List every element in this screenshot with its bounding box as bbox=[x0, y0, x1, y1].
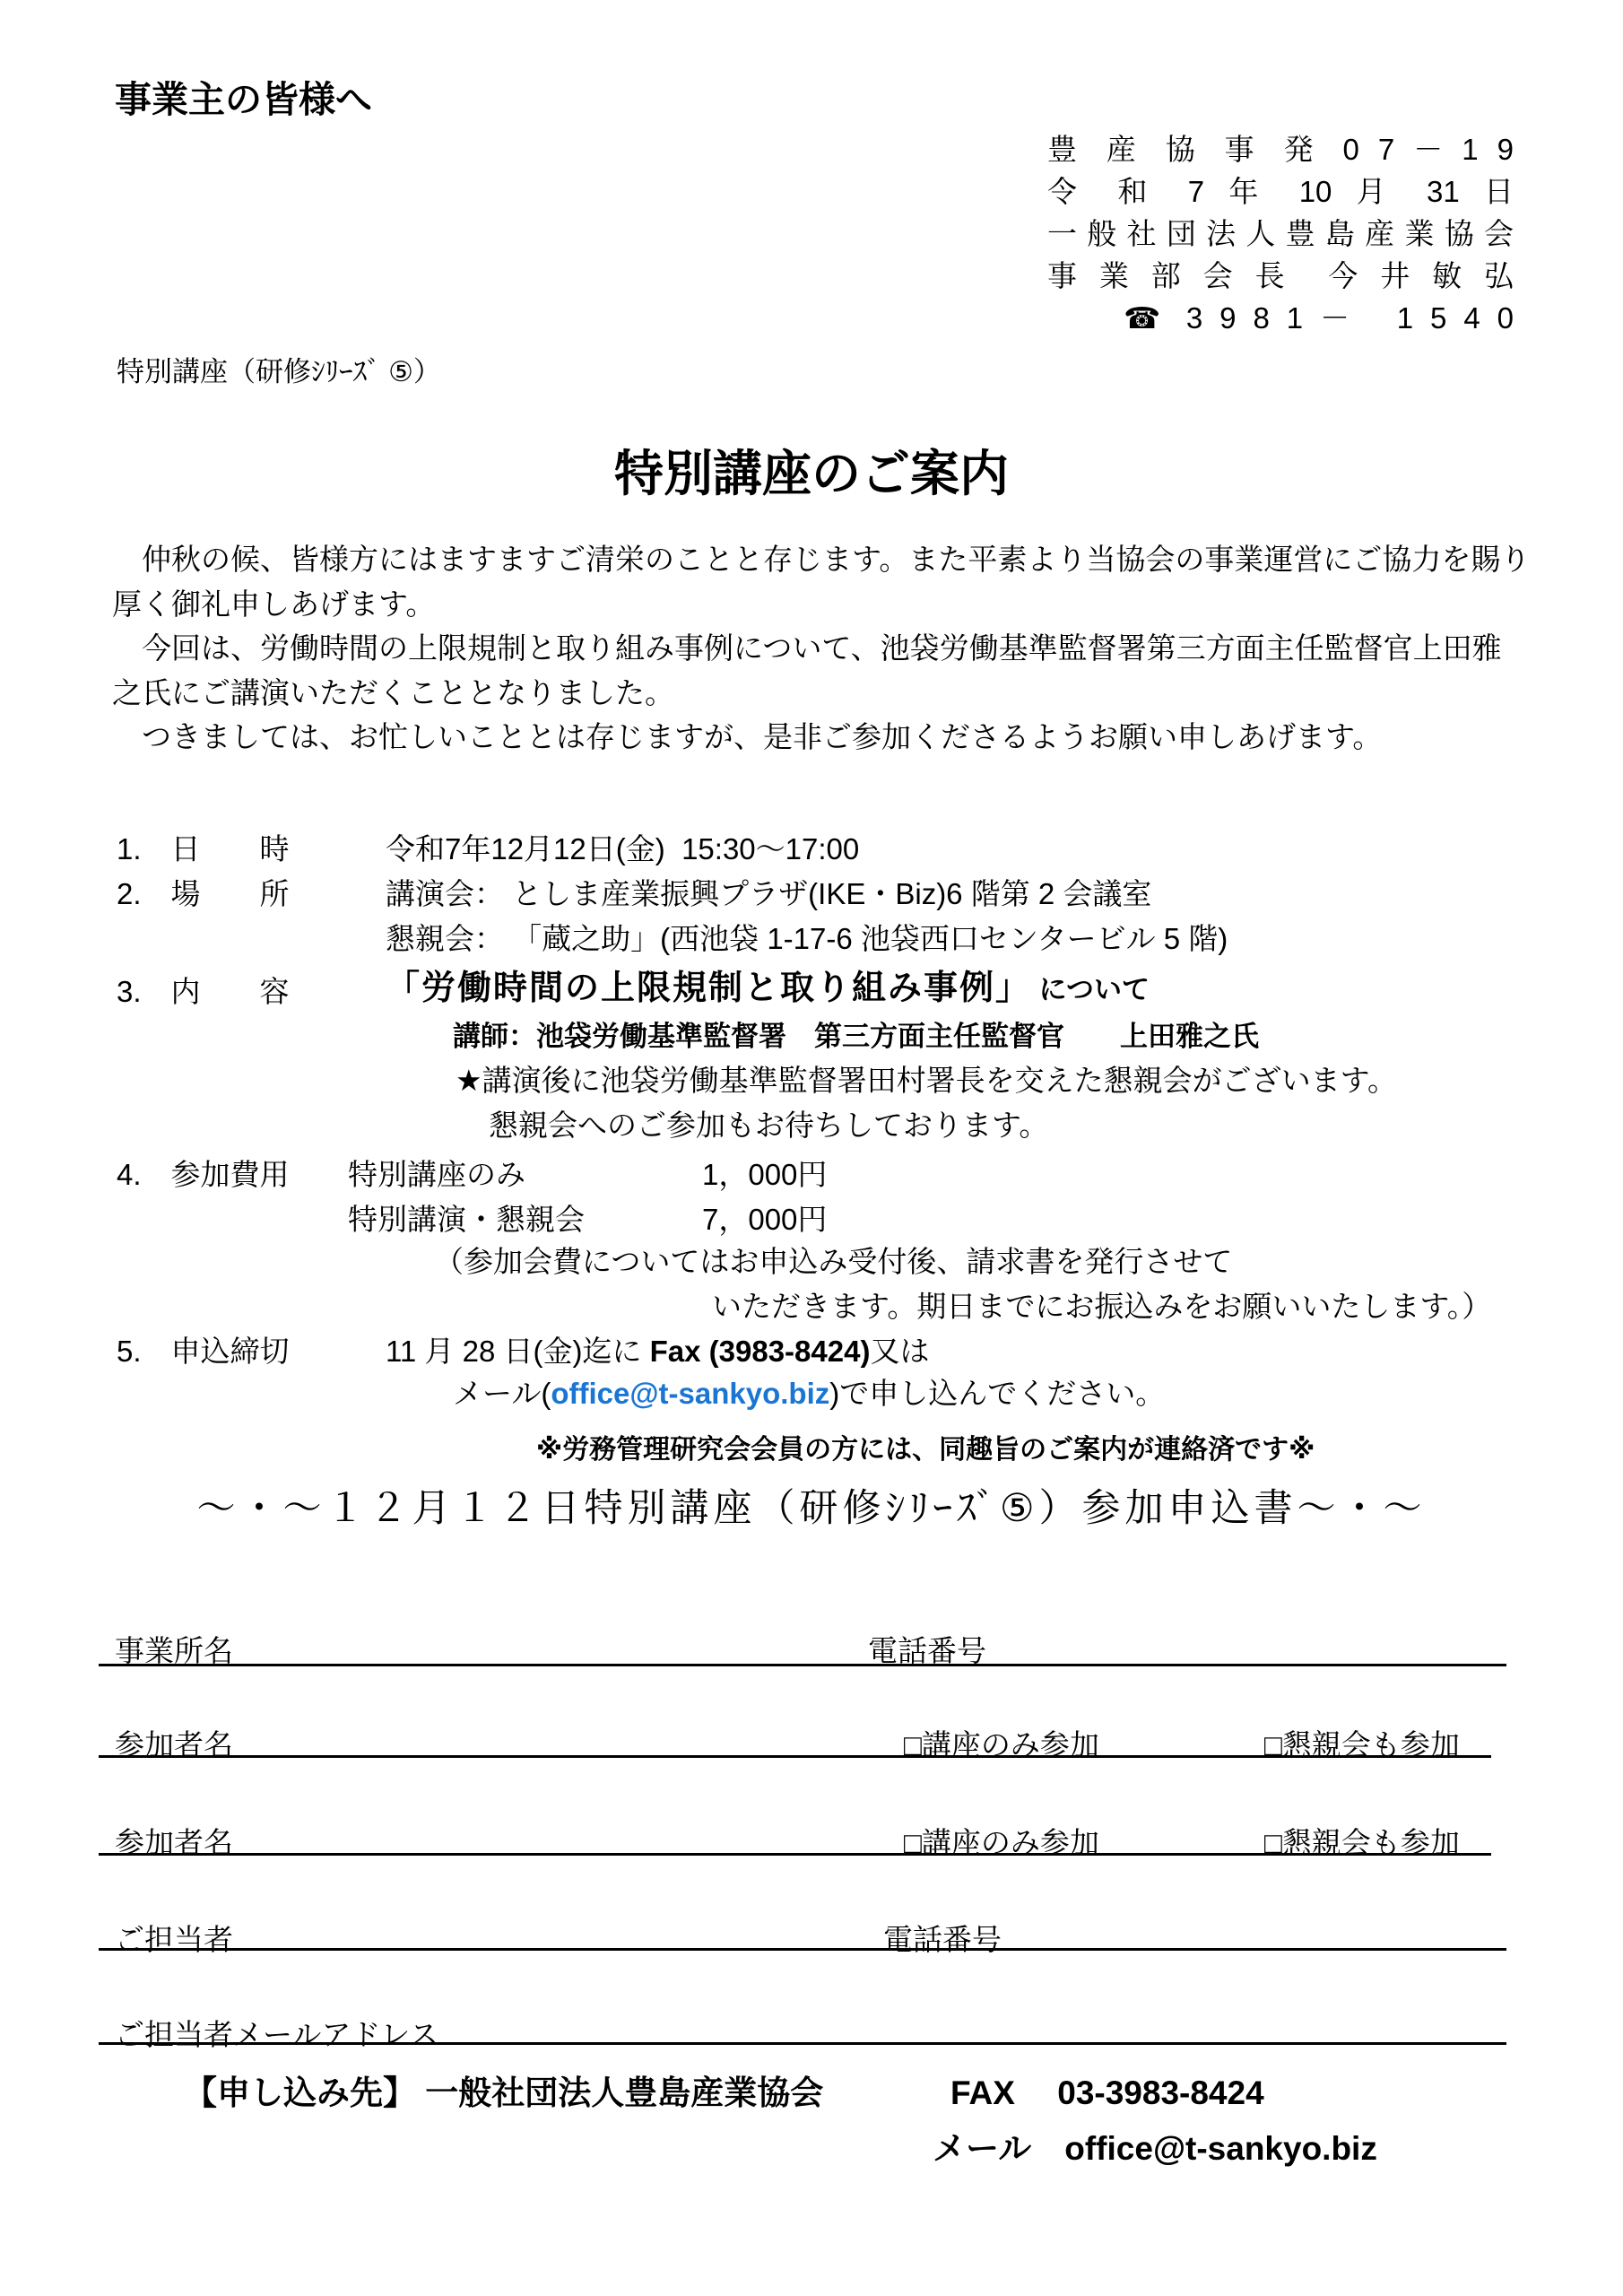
sender-name-line: 事 業 部 会 長 今 井 敏 弘 bbox=[1047, 255, 1514, 297]
body-line: 之氏にご講演いただくこととなりました。 bbox=[112, 674, 674, 711]
org-name-line: 一般社団法人豊島産業協会 bbox=[1047, 213, 1514, 255]
recipient-line: 事業主の皆様へ bbox=[115, 77, 372, 123]
email-link[interactable]: office@t-sankyo.biz bbox=[551, 1377, 829, 1410]
letter-page: 事業主の皆様へ 豊 産 協 事 発 0 7 － 1 9 令 和 7 年 10 月… bbox=[0, 0, 1623, 2296]
body-line: 厚く御礼申しあげます。 bbox=[112, 586, 435, 622]
deadline-fax-number: Fax (3983-8424) bbox=[650, 1335, 871, 1368]
doc-date-line: 令 和 7 年 10 月 31 日 bbox=[1047, 170, 1514, 213]
fee1-label: 特別講座のみ bbox=[348, 1156, 525, 1193]
item2-lecture-venue: 講演会： としま産業振興プラザ(IKE・Biz)6 階第 2 会議室 bbox=[386, 875, 1151, 912]
item3-topic-suffix: について bbox=[1031, 974, 1150, 1005]
fill-line-contact[interactable] bbox=[99, 1948, 1506, 1951]
phone-number-line: ☎ 3 9 8 1 － 1 5 4 0 bbox=[1047, 297, 1514, 339]
item3-lecturer-line: 講師：池袋労働基準監督署 第三方面主任監督官 上田雅之氏 bbox=[453, 1020, 1259, 1055]
fee-invoice-note-line2: いただきます。期日までにお振込みをお願いいたします。） bbox=[712, 1288, 1491, 1325]
application-form-title: ～・～１２月１２日特別講座（研修ｼﾘｰｽﾞ⑤）参加申込書～・～ bbox=[0, 1485, 1623, 1534]
series-label: 特別講座（研修ｼﾘｰｽﾞ ⑤） bbox=[117, 355, 441, 390]
body-line: 仲秋の候、皆様方にはますますご清栄のことと存じます。また平素より当協会の事業運営… bbox=[112, 541, 1530, 578]
mail-post: )で申し込んでください。 bbox=[829, 1377, 1165, 1410]
fee2-label: 特別講演・懇親会 bbox=[348, 1201, 585, 1238]
item2-label-place: 2. 場 所 bbox=[117, 875, 290, 912]
fill-line-participant-2[interactable] bbox=[99, 1853, 1491, 1856]
doc-info-block: 豊 産 協 事 発 0 7 － 1 9 令 和 7 年 10 月 31 日 一般… bbox=[1047, 128, 1514, 339]
item1-label-datetime: 1. 日 時 bbox=[117, 831, 290, 867]
deadline-or: 又は bbox=[870, 1335, 929, 1368]
fill-line-business[interactable] bbox=[99, 1664, 1506, 1666]
item4-label-fee: 4. 参加費用 bbox=[117, 1156, 290, 1193]
deadline-text: 11 月 28 日(金)迄に bbox=[386, 1335, 650, 1368]
body-line: 今回は、労働時間の上限規制と取り組み事例について、池袋労働基準監督署第三方面主任… bbox=[112, 630, 1502, 666]
submit-to-line: 【申し込み先】 一般社団法人豊島産業協会 bbox=[184, 2073, 823, 2114]
item3-label-contents: 3. 内 容 bbox=[117, 973, 290, 1010]
fee-invoice-note-line1: （参加会費についてはお申込み受付後、請求書を発行させて bbox=[434, 1243, 1232, 1280]
fill-line-contact-email[interactable] bbox=[99, 2042, 1506, 2045]
submit-fax-number: FAX 03-3983-8424 bbox=[950, 2073, 1264, 2114]
contact-email-label: ご担当者メールアドレス bbox=[115, 2012, 438, 2054]
deadline-line2: メール(office@t-sankyo.biz)で申し込んでください。 bbox=[453, 1375, 1165, 1412]
item5-label-deadline: 5. 申込締切 bbox=[117, 1333, 290, 1370]
member-notice: ※労務管理研究会会員の方には、同趣旨のご案内が連絡済です※ bbox=[536, 1433, 1315, 1467]
fee1-amount: 1，000円 bbox=[702, 1156, 827, 1193]
doc-number-line: 豊 産 協 事 発 0 7 － 1 9 bbox=[1047, 128, 1514, 170]
item2-party-venue: 懇親会： 「蔵之助」(西池袋 1-17-6 池袋西口センタービル 5 階) bbox=[386, 920, 1228, 957]
submit-email-address: メール office@t-sankyo.biz bbox=[933, 2128, 1377, 2170]
item3-topic-line: 「労働時間の上限規制と取り組み事例」 について bbox=[386, 968, 1150, 1011]
deadline-line1: 11 月 28 日(金)迄に Fax (3983-8424)又は bbox=[386, 1333, 929, 1370]
page-title: 特別講座のご案内 bbox=[0, 443, 1623, 505]
phone-number-label: 電話番号 bbox=[883, 1917, 1002, 1959]
fee2-amount: 7，000円 bbox=[702, 1201, 827, 1238]
item3-party-invitation: 懇親会へのご参加もお待ちしております。 bbox=[489, 1107, 1048, 1144]
contact-person-label: ご担当者 bbox=[115, 1917, 233, 1959]
mail-pre: メール( bbox=[453, 1377, 551, 1410]
item3-topic: 「労働時間の上限規制と取り組み事例」 bbox=[386, 970, 1031, 1007]
fill-line-participant-1[interactable] bbox=[99, 1755, 1491, 1758]
item3-party-announcement: ★講演後に池袋労働基準監督署田村署長を交えた懇親会がございます。 bbox=[456, 1062, 1397, 1099]
item1-datetime-value: 令和7年12月12日(金) 15:30～17:00 bbox=[386, 831, 859, 867]
body-line: つきましては、お忙しいこととは存じますが、是非ご参加くださるようお願い申しあげま… bbox=[112, 718, 1382, 755]
